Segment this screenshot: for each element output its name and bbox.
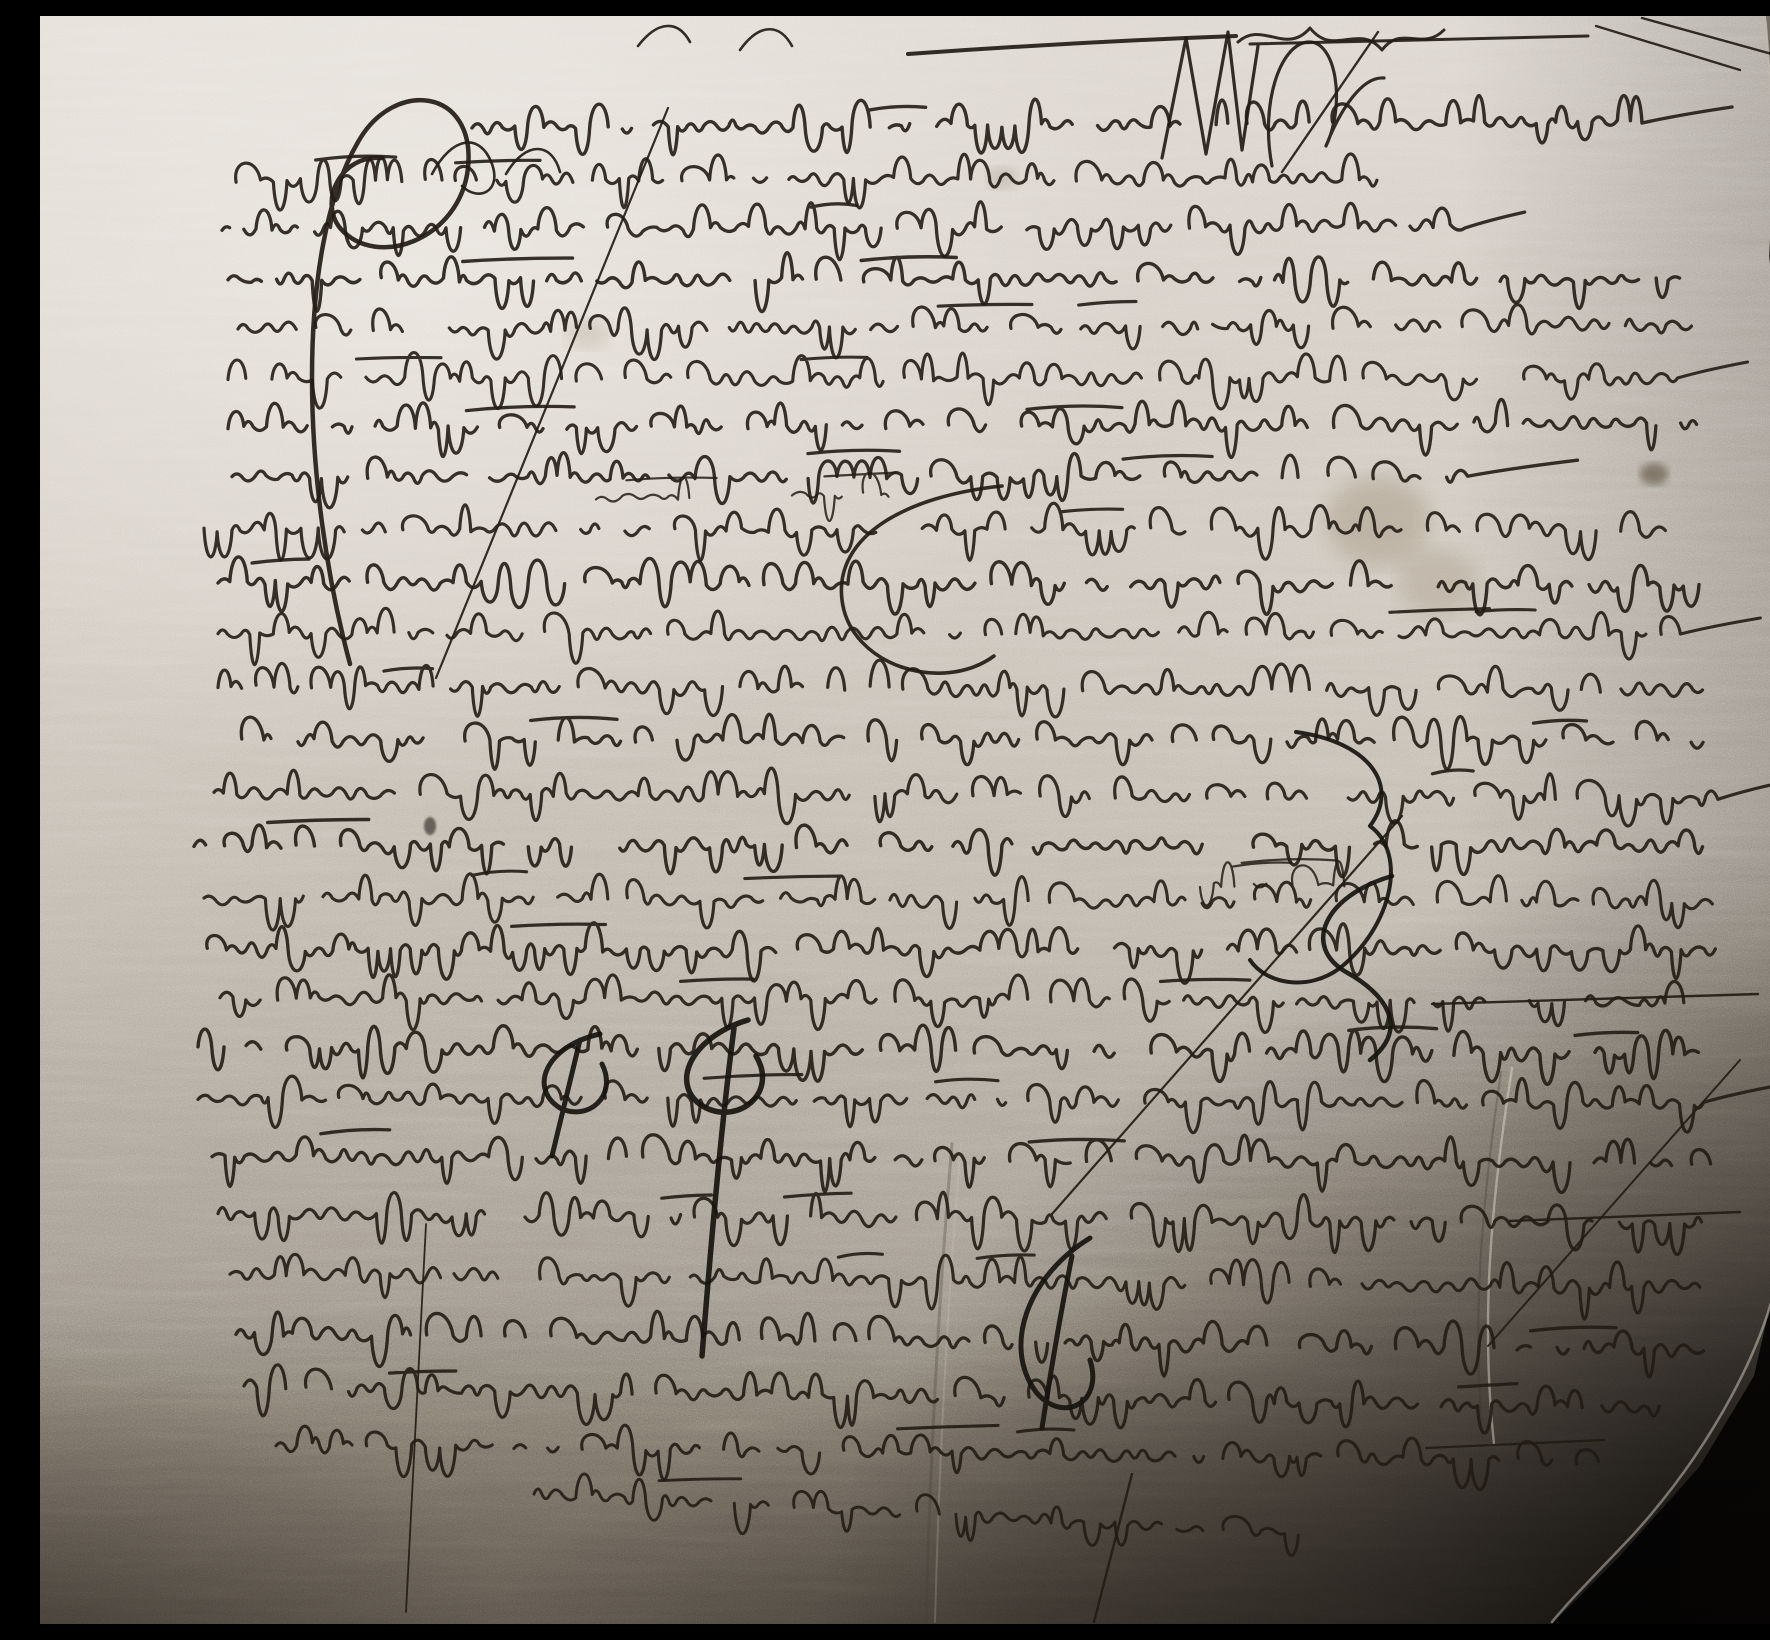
text-line-13 [241, 714, 1703, 769]
text-line-25 [244, 1365, 1659, 1433]
text-line-14 [214, 768, 1770, 826]
ink-blob-line15 [424, 817, 436, 835]
text-line-19 [198, 1025, 1698, 1084]
flourish-header-scribble [1238, 28, 1444, 50]
flourish-header-oval [1268, 42, 1384, 166]
text-line-15 [194, 819, 1702, 876]
text-line-7 [228, 399, 1697, 457]
text-line-27 [534, 1474, 1298, 1556]
crease-right-light [1488, 1068, 1512, 1444]
text-line-24 [236, 1311, 1704, 1377]
flourish-bottom-slash [1094, 1474, 1132, 1622]
text-line-26 [276, 1425, 1599, 1489]
text-line-21 [212, 1130, 1711, 1193]
flourish-diagonal-mid-right-1 [1052, 816, 1402, 1214]
flourish-initial-diagonal [436, 108, 668, 678]
flourish-header-zigzag [1162, 32, 1258, 158]
manuscript-photo [40, 16, 1770, 1624]
flourish-heavy-C-bottom [1021, 1238, 1093, 1428]
flourish-top-ticks [638, 26, 792, 50]
text-line-3 [222, 202, 1525, 260]
flourish-big-paraph-P [687, 1020, 763, 1356]
text-line-6 [228, 353, 1748, 409]
text-line-16 [204, 871, 1712, 930]
text-line-5 [238, 301, 1691, 359]
text-line-11 [218, 608, 1760, 664]
flourish-rule-line22 [1510, 1212, 1740, 1221]
paper-edge-highlight-upper [1766, 22, 1770, 1266]
flourish-top-right-strokes [1596, 18, 1770, 70]
tan-stain-1 [1326, 477, 1430, 565]
text-line-22 [218, 1192, 1701, 1254]
handwriting-ink-layer [40, 16, 1770, 1624]
text-line-2 [236, 154, 1377, 210]
text-line-4 [228, 253, 1680, 312]
flourish-rule-line26 [1426, 1440, 1604, 1448]
ink-blot-right [1640, 463, 1668, 485]
flourish-margin-mark [432, 142, 560, 193]
interlinear-word-1 [596, 477, 717, 502]
flourish-big-bracket-line14 [1250, 732, 1391, 982]
text-line-20 [198, 1075, 1770, 1133]
text-line-17 [207, 923, 1716, 983]
flourish-header-oval-diagonal [1282, 32, 1378, 172]
